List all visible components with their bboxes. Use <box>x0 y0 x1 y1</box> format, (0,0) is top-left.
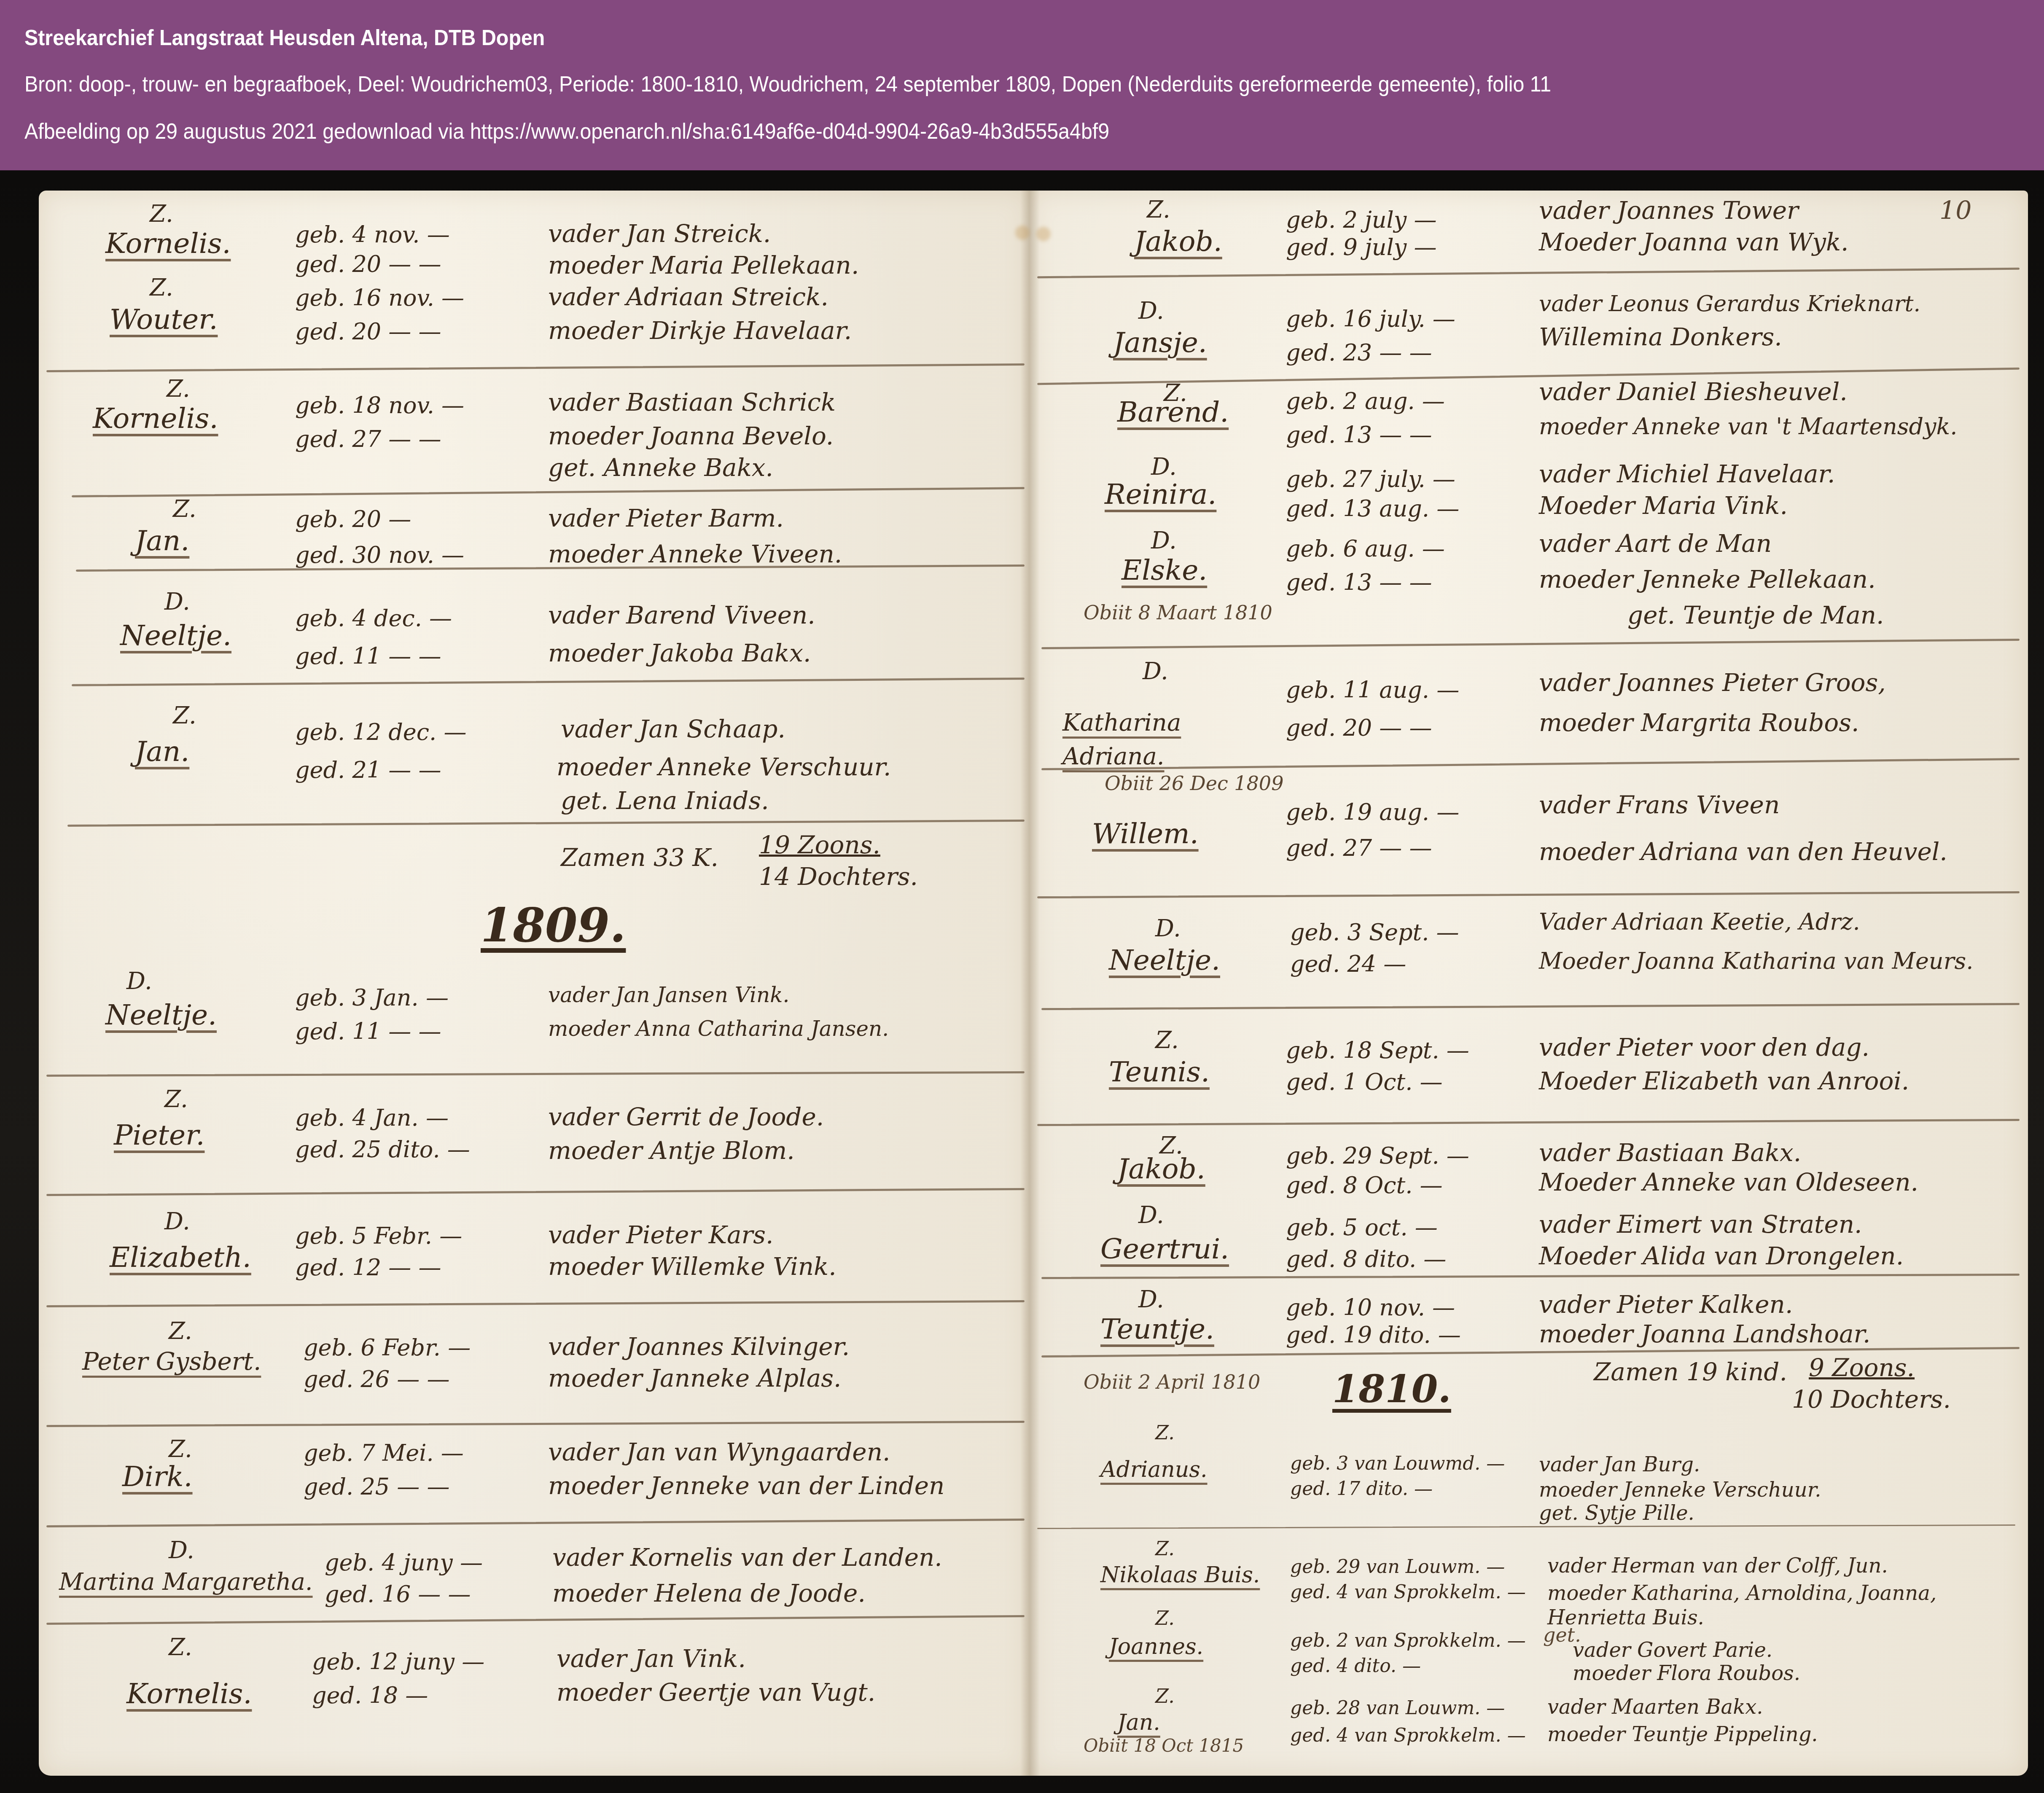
entry-baptized: ged. 4 van Sprokkelm. — <box>1290 1726 1526 1745</box>
entry-mother: moeder Jenneke Verschuur. <box>1539 1480 1821 1500</box>
entry-mother: moeder Jenneke van der Linden <box>548 1473 944 1498</box>
entry-baptized: ged. 1 Oct. — <box>1286 1071 1443 1094</box>
entry-sex: Z. <box>169 1636 192 1659</box>
entry-mother: Moeder Anneke van Oldeseen. <box>1539 1170 1918 1194</box>
entry-sex: Z. <box>164 1088 188 1111</box>
entry-baptized: ged. 8 Oct. — <box>1286 1174 1443 1197</box>
entry-sex: D. <box>164 590 190 614</box>
entry-sex: D. <box>169 1539 194 1562</box>
entry-name: Kornelis. <box>105 230 231 258</box>
entry-sex: Z. <box>1155 1686 1175 1706</box>
entry-born: geb. 2 july — <box>1286 209 1436 231</box>
entry-name: Jan. <box>1117 1712 1160 1734</box>
entry-name: Peter Gysbert. <box>82 1349 261 1374</box>
entry-father: vader Joannes Pieter Groos, <box>1539 670 1886 695</box>
entry-mother: moeder Katharina, Arnoldina, Joanna, Hen… <box>1547 1581 1990 1630</box>
entry-name: Neeltje. <box>120 622 231 650</box>
entry-father: vader Leonus Gerardus Krieknart. <box>1539 293 1920 315</box>
entry-father: vader Govert Parie. <box>1573 1640 1772 1660</box>
entry-sex: D. <box>1151 455 1177 479</box>
entry-father: vader Eimert van Straten. <box>1539 1212 1862 1237</box>
entry-sex: D. <box>1138 299 1164 323</box>
entry-sex: D. <box>1138 1204 1164 1227</box>
entry-mother: moeder Teuntje Pippeling. <box>1547 1724 1818 1745</box>
entry-sex: D. <box>1143 660 1168 683</box>
entry-sex: D. <box>1155 917 1181 941</box>
entry-mother: moeder Dirkje Havelaar. <box>548 318 852 343</box>
entry-father: vader Daniel Biesheuvel. <box>1539 379 1848 404</box>
entry-mother: moeder Joanna Bevelo. <box>548 424 834 448</box>
entry-born: geb. 19 aug. — <box>1286 801 1459 824</box>
entry-baptized: ged. 27 — — <box>1286 837 1432 860</box>
entry-baptized: ged. 17 dito. — <box>1290 1480 1433 1498</box>
entry-baptized: ged. 23 — — <box>1286 341 1432 364</box>
entry-born: geb. 4 dec. — <box>295 607 452 630</box>
archive-header: Streekarchief Langstraat Heusden Altena,… <box>0 0 2044 170</box>
entry-baptized: ged. 20 — — <box>295 320 441 343</box>
entry-death-note: Obiit 26 Dec 1809 <box>1105 774 1283 793</box>
download-notice: Afbeelding op 29 augustus 2021 gedownloa… <box>24 119 1109 144</box>
entry-sex: Z. <box>173 497 196 521</box>
entry-baptized: ged. 25 dito. — <box>295 1138 470 1161</box>
year-heading-1810: 1810. <box>1332 1370 1451 1408</box>
entry-sex: Z. <box>167 377 190 401</box>
entry-born: geb. 11 aug. — <box>1286 679 1459 702</box>
entry-name: Elske. <box>1122 556 1207 584</box>
entry-mother: Moeder Maria Vink. <box>1539 493 1788 518</box>
entry-baptized: ged. 4 dito. — <box>1290 1657 1421 1675</box>
entry-sex: Z. <box>173 704 196 728</box>
entry-baptized: ged. 24 — <box>1290 953 1406 976</box>
entry-mother: moeder Jakoba Bakx. <box>548 641 811 665</box>
entry-baptized: ged. 9 july — <box>1286 236 1436 259</box>
entry-baptized: ged. 25 — — <box>304 1476 449 1498</box>
entry-born: geb. 27 july. — <box>1286 468 1455 491</box>
entry-sex: Z. <box>1155 1423 1175 1442</box>
entry-name: Adrianus. <box>1100 1459 1208 1481</box>
entry-name: Martina Margaretha. <box>59 1570 313 1594</box>
entry-father: Vader Adriaan Keetie, Adrz. <box>1539 911 1860 933</box>
entry-father: vader Aart de Man <box>1539 531 1772 556</box>
entry-mother: moeder Maria Pellekaan. <box>548 253 859 277</box>
entry-baptized: ged. 21 — — <box>295 759 441 782</box>
entry-born: geb. 7 Mei. — <box>304 1442 464 1465</box>
entry-born: geb. 3 van Louwmd. — <box>1290 1454 1505 1473</box>
entry-name: Neeltje. <box>105 1001 217 1029</box>
entry-father: vader Jan Streick. <box>548 221 771 246</box>
entry-born: geb. 10 nov. — <box>1286 1296 1455 1319</box>
entry-father: vader Jan Schaap. <box>561 717 785 741</box>
entry-father: vader Jan Jansen Vink. <box>548 984 789 1005</box>
entry-father: vader Bastiaan Bakx. <box>1539 1140 1801 1165</box>
entry-baptized: ged. 12 — — <box>295 1256 441 1279</box>
entry-father: vader Bastiaan Schrick <box>548 390 836 414</box>
entry-baptized: ged. 11 — — <box>295 1020 441 1043</box>
year-total-daughters: 10 Dochters. <box>1792 1387 1951 1411</box>
entry-baptized: ged. 11 — — <box>295 645 441 668</box>
entry-born: geb. 16 july. — <box>1286 308 1455 331</box>
source-description: Bron: doop-, trouw- en begraafboek, Deel… <box>24 72 1551 97</box>
entry-name: Teuntje. <box>1100 1315 1214 1343</box>
entry-sex: D. <box>164 1210 190 1234</box>
entry-father: vader Maarten Bakx. <box>1547 1697 1763 1717</box>
entry-baptized: ged. 26 — — <box>304 1368 449 1391</box>
entry-baptized: ged. 20 — — <box>1286 717 1432 739</box>
year-total-label: Zamen 33 K. <box>561 845 718 870</box>
entry-witness: get. Teuntje de Man. <box>1627 603 1884 627</box>
entry-baptized: ged. 13 aug. — <box>1286 497 1459 520</box>
entry-baptized: ged. 13 — — <box>1286 424 1432 446</box>
entry-mother: moeder Adriana van den Heuvel. <box>1539 833 2011 871</box>
entry-name: Dirk. <box>122 1463 193 1491</box>
entry-mother: moeder Joanna Landshoar. <box>1539 1322 1870 1346</box>
entry-father: vader Herman van der Colff, Jun. <box>1547 1556 1888 1576</box>
entry-baptized: ged. 20 — — <box>295 253 441 276</box>
entry-sex: Z. <box>1155 1608 1175 1628</box>
entry-born: geb. 4 juny — <box>325 1551 483 1574</box>
entry-father: vader Kornelis van der Landen. <box>552 1545 942 1570</box>
entry-born: geb. 5 oct. — <box>1286 1216 1438 1239</box>
entry-name: Jansje. <box>1113 329 1207 357</box>
entry-baptized: ged. 8 dito. — <box>1286 1248 1446 1271</box>
entry-name: Jakob. <box>1134 228 1222 255</box>
entry-name: Neeltje. <box>1109 946 1220 974</box>
entry-sex: Z. <box>1155 1539 1175 1558</box>
entry-sex: Z. <box>150 276 173 300</box>
book-spine <box>1020 191 1040 1776</box>
entry-father: vader Jan Burg. <box>1539 1454 1700 1475</box>
entry-born: geb. 29 Sept. — <box>1286 1145 1469 1167</box>
entry-witness: get. Sytje Pille. <box>1539 1503 1694 1523</box>
entry-name: Nikolaas Buis. <box>1100 1564 1260 1586</box>
entry-father: vader Joannes Tower <box>1539 198 1799 223</box>
entry-born: geb. 18 nov. — <box>295 394 464 417</box>
entry-name: Teunis. <box>1109 1058 1210 1086</box>
entry-father: vader Gerrit de Joode. <box>548 1105 824 1129</box>
entry-name: Geertrui. <box>1100 1235 1229 1263</box>
entry-mother: Willemina Donkers. <box>1539 325 1782 349</box>
entry-mother: Moeder Joanna Katharina van Meurs. <box>1539 946 2007 976</box>
entry-mother: moeder Anna Catharina Jansen. <box>548 1018 889 1039</box>
entry-sex: Z. <box>169 1320 192 1343</box>
entry-baptized: ged. 27 — — <box>295 428 441 451</box>
entry-mother: moeder Jenneke Pellekaan. <box>1539 567 1876 591</box>
entry-name: Wouter. <box>110 306 218 333</box>
entry-born: geb. 16 nov. — <box>295 287 464 309</box>
entry-mother: moeder Anneke Verschuur. <box>557 755 891 779</box>
entry-sex: Z. <box>1155 1029 1179 1052</box>
entry-name: Kornelis. <box>126 1680 252 1708</box>
entry-baptized: ged. 18 — <box>312 1684 428 1707</box>
entry-father: vader Pieter Kars. <box>548 1223 774 1247</box>
entry-baptized: ged. 13 — — <box>1286 571 1432 594</box>
entry-born: geb. 12 juny — <box>312 1651 484 1673</box>
entry-born: geb. 29 van Louwm. — <box>1290 1558 1505 1576</box>
entry-sex: Z. <box>150 202 173 226</box>
year-total-daughters: 14 Dochters. <box>759 864 918 889</box>
entry-name: Elizabeth. <box>110 1244 251 1271</box>
entry-born: geb. 28 van Louwm. — <box>1290 1699 1505 1718</box>
entry-born: geb. 4 nov. — <box>295 223 450 246</box>
entry-name: Pieter. <box>114 1121 204 1149</box>
entry-name: Reinira. <box>1105 481 1216 508</box>
entry-mother: Moeder Alida van Drongelen. <box>1539 1244 1904 1268</box>
entry-name: Barend. <box>1117 398 1229 426</box>
entry-born: geb. 5 Febr. — <box>295 1225 462 1247</box>
entry-father: vader Pieter Kalken. <box>1539 1292 1793 1317</box>
folio-number: 10 <box>1939 198 1971 223</box>
entry-name: Jan. <box>135 738 189 766</box>
year-total-label: Zamen 19 kind. <box>1594 1360 1787 1384</box>
entry-born: geb. 18 Sept. — <box>1286 1039 1469 1062</box>
entry-sex: Z. <box>1147 198 1170 222</box>
entry-father: vader Pieter Barm. <box>548 506 784 530</box>
entry-death-note: Obiit 8 Maart 1810 <box>1084 603 1272 622</box>
entry-mother: moeder Geertje van Vugt. <box>557 1680 875 1704</box>
entry-death-note: Obiit 18 Oct 1815 <box>1084 1737 1244 1755</box>
entry-sex: D. <box>126 970 152 993</box>
entry-father: vader Jan Vink. <box>557 1646 746 1671</box>
entry-baptized: ged. 16 — — <box>325 1583 471 1606</box>
entry-born: geb. 2 van Sprokkelm. — <box>1290 1632 1526 1650</box>
entry-born: geb. 6 aug. — <box>1286 538 1445 560</box>
entry-name: Kornelis. <box>93 405 218 433</box>
entry-mother: Moeder Joanna van Wyk. <box>1539 230 1849 254</box>
entry-father: vader Frans Viveen <box>1539 793 1780 817</box>
entry-mother: moeder Margrita Roubos. <box>1539 710 1859 735</box>
entry-sex: D. <box>1151 529 1177 553</box>
entry-born: geb. 20 — <box>295 508 411 531</box>
entry-mother: moeder Willemke Vink. <box>548 1254 836 1279</box>
entry-witness: get. Lena Iniads. <box>561 788 769 813</box>
entry-baptized: ged. 19 dito. — <box>1286 1324 1461 1347</box>
entry-mother: moeder Flora Roubos. <box>1573 1663 1800 1683</box>
year-total-sons: 9 Zoons. <box>1809 1355 1915 1380</box>
archive-title: Streekarchief Langstraat Heusden Altena,… <box>24 25 545 51</box>
entry-born: geb. 2 aug. — <box>1286 390 1445 413</box>
death-note: Obiit 2 April 1810 <box>1084 1372 1260 1392</box>
entry-father: vader Barend Viveen. <box>548 603 815 627</box>
entry-sex: D. <box>1138 1288 1164 1312</box>
year-heading-1809: 1809. <box>481 902 626 949</box>
entry-name: Katharina Adriana. <box>1062 706 1206 774</box>
entry-witness: get. Anneke Bakx. <box>548 455 773 480</box>
entry-born: geb. 12 dec. — <box>295 721 466 744</box>
paper-stain <box>1015 226 1030 240</box>
paper-stain <box>1036 227 1051 241</box>
entry-name: Willem. <box>1092 820 1199 848</box>
entry-father: vader Joannes Kilvinger. <box>548 1334 850 1359</box>
entry-baptized: ged. 4 van Sprokkelm. — <box>1290 1583 1526 1602</box>
entry-mother: moeder Antje Blom. <box>548 1138 795 1163</box>
entry-father: vader Jan van Wyngaarden. <box>548 1440 890 1464</box>
entry-mother: Moeder Elizabeth van Anrooi. <box>1539 1069 1909 1093</box>
entry-mother: moeder Anneke van 't Maartensdyk. <box>1539 415 1958 438</box>
entry-born: geb. 6 Febr. — <box>304 1336 471 1359</box>
entry-born: geb. 4 Jan. — <box>295 1107 449 1129</box>
entry-father: vader Adriaan Streick. <box>548 285 828 309</box>
entry-father: vader Pieter voor den dag. <box>1539 1035 1869 1059</box>
entry-born: geb. 3 Sept. — <box>1290 921 1459 944</box>
entry-name: Jan. <box>135 527 189 555</box>
year-total-sons: 19 Zoons. <box>759 833 880 857</box>
entry-name: Joannes. <box>1109 1636 1203 1658</box>
entry-mother: moeder Janneke Alplas. <box>548 1366 842 1390</box>
entry-sex: Z. <box>169 1438 192 1461</box>
entry-name: Jakob. <box>1117 1155 1205 1183</box>
entry-born: geb. 3 Jan. — <box>295 987 449 1009</box>
entry-father: vader Michiel Havelaar. <box>1539 462 1835 486</box>
entry-baptized: ged. 30 nov. — <box>295 544 464 567</box>
entry-mother: moeder Helena de Joode. <box>552 1581 866 1605</box>
entry-mother: moeder Anneke Viveen. <box>548 542 842 566</box>
